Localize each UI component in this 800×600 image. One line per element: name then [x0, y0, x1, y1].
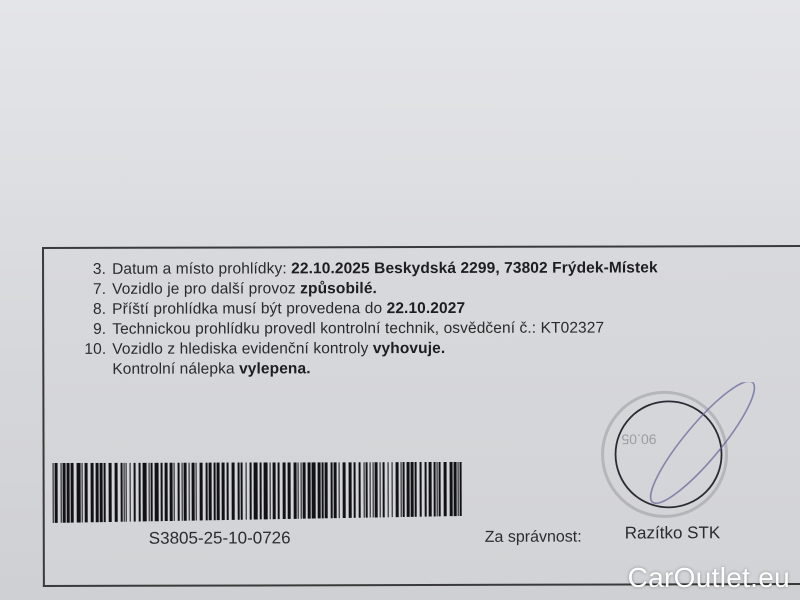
svg-text:90.05: 90.05	[621, 431, 656, 447]
line-inspection-date-place: 3.Datum a místo prohlídky: 22.10.2025 Be…	[82, 259, 658, 279]
line-value: vyhovuje.	[373, 340, 445, 357]
line-number: 8.	[82, 301, 106, 319]
line-number: 7.	[82, 281, 106, 299]
line-number: 10.	[82, 341, 106, 359]
line-text: Datum a místo prohlídky:	[112, 260, 291, 277]
line-text: Kontrolní nálepka	[112, 360, 239, 377]
correctness-label: Za správnost:	[485, 529, 582, 547]
line-registration-check: 10.Vozidlo z hlediska evidenční kontroly…	[82, 340, 445, 359]
stamp-label: Razítko STK	[625, 523, 720, 543]
line-value: 22.10.2027	[387, 300, 466, 317]
watermark-logo: CarOutlet.eu	[628, 562, 790, 594]
line-value: způsobilé.	[300, 280, 377, 297]
line-value: 22.10.2025 Beskydská 2299, 73802 Frýdek-…	[291, 259, 658, 277]
paper-background-top	[0, 0, 800, 248]
line-roadworthiness: 7.Vozidlo je pro další provoz způsobilé.	[82, 280, 377, 299]
line-text: Technickou prohlídku provedl kontrolní t…	[112, 320, 604, 338]
line-text: Vozidlo je pro další provoz	[112, 280, 300, 297]
line-number: 9.	[82, 321, 106, 339]
barcode-number: S3805-25-10-0726	[149, 528, 291, 548]
line-text: Příští prohlídka musí být provedena do	[112, 300, 386, 318]
barcode	[51, 462, 467, 523]
stk-stamp-icon: 90.05	[592, 382, 762, 532]
inspection-form-box: 3.Datum a místo prohlídky: 22.10.2025 Be…	[42, 245, 800, 587]
line-next-inspection: 8.Příští prohlídka musí být provedena do…	[82, 300, 465, 319]
line-number: 3.	[82, 261, 106, 279]
line-technician: 9.Technickou prohlídku provedl kontrolní…	[82, 320, 604, 339]
line-text: Vozidlo z hlediska evidenční kontroly	[112, 340, 373, 358]
line-sticker: Kontrolní nálepka vylepena.	[82, 360, 310, 379]
line-value: vylepena.	[239, 360, 311, 377]
